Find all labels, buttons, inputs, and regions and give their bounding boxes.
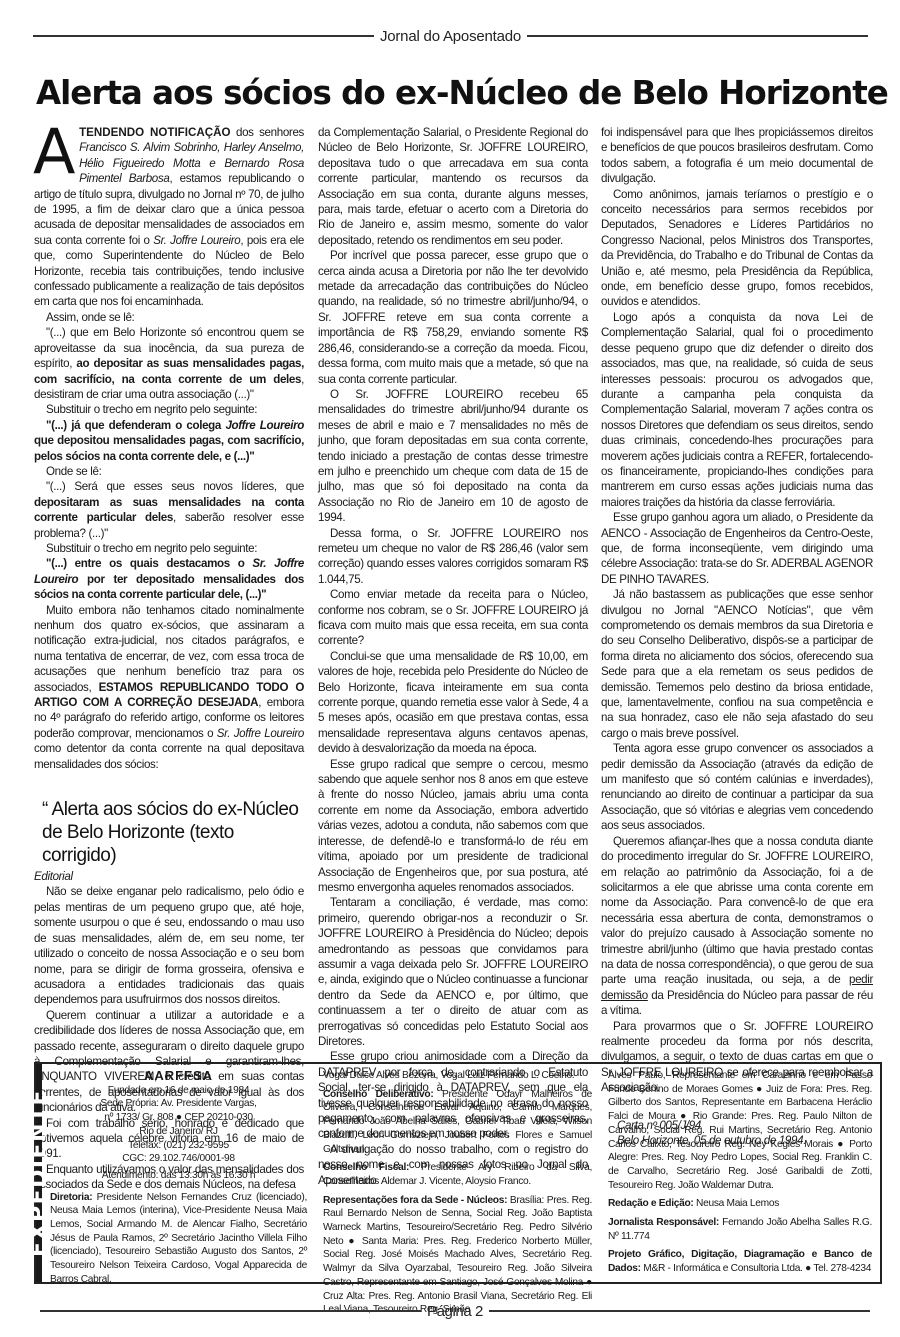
header-rule-right bbox=[527, 35, 868, 37]
founded-date: Fundada em 16 de maio de 1984 bbox=[50, 1084, 307, 1098]
paragraph: Substituir o trecho em negrito pelo segu… bbox=[34, 402, 304, 417]
header-rule-left bbox=[33, 35, 374, 37]
paragraph: Como enviar metade da receita para o Núc… bbox=[318, 587, 588, 649]
board-of-directors: Diretoria: Presidente Nelson Fernandes C… bbox=[50, 1191, 307, 1287]
paragraph: Assim, onde se lê: bbox=[34, 310, 304, 325]
page-number: Página 2 bbox=[421, 1303, 489, 1320]
replacement-quote: "(...) entre os quais destacamos o Sr. J… bbox=[34, 556, 304, 602]
footer-rule-right bbox=[489, 1310, 870, 1312]
paragraph: Já não bastassem as publicações que esse… bbox=[601, 587, 873, 741]
running-header: Jornal do Aposentado bbox=[33, 28, 868, 44]
paragraph: Queremos afiançar-lhes que a nossa condu… bbox=[601, 834, 873, 1019]
lead-paragraph: ATENDENDO NOTIFICAÇÃO dos senhores Franc… bbox=[34, 125, 304, 310]
replacement-quote: "(...) já que defenderam o colega Joffre… bbox=[34, 418, 304, 464]
quote-paragraph: "(...) Será que esses seus novos líderes… bbox=[34, 479, 304, 541]
paragraph: Tentaram a conciliação, é verdade, mas c… bbox=[318, 895, 588, 1049]
regional-representations: Representações fora da Sede - Núcleos: B… bbox=[323, 1194, 592, 1317]
paragraph: foi indispensável para que lhes propiciá… bbox=[601, 125, 873, 187]
paragraph: Muito embora não tenhamos citado nominal… bbox=[34, 603, 304, 772]
masthead-body: AARFFSA Fundada em 16 de maio de 1984 Se… bbox=[42, 1064, 880, 1282]
footer-rule-left bbox=[40, 1310, 421, 1312]
paragraph: Como anônimos, jamais teríamos o prestíg… bbox=[601, 187, 873, 310]
paragraph: Tenta agora esse grupo convencer os asso… bbox=[601, 741, 873, 833]
fiscal-council: Conselho Fiscal: Presidente Ary Ribeiro … bbox=[323, 1161, 592, 1188]
quote-paragraph: "(...) que em Belo Horizonte só encontro… bbox=[34, 325, 304, 402]
city: Rio de Janeiro/ RJ bbox=[50, 1125, 307, 1139]
paragraph: Logo após a conquista da nova Lei de Com… bbox=[601, 310, 873, 510]
board-members-cont: Vogal Dulce Alves Bezerra, Vogal Luiz Fe… bbox=[323, 1069, 592, 1083]
paragraph: Não se deixe enganar pelo radicalismo, p… bbox=[34, 884, 304, 1007]
article-column-3: foi indispensável para que lhes propiciá… bbox=[601, 125, 873, 1148]
masthead-column-2: Vogal Dulce Alves Bezerra, Vogal Luiz Fe… bbox=[315, 1064, 600, 1282]
masthead-side-banner: EXPEDIENTE bbox=[36, 1064, 42, 1282]
article-headline: Alerta aos sócios do ex-Núcleo de Belo H… bbox=[36, 74, 868, 112]
masthead-box: EXPEDIENTE AARFFSA Fundada em 16 de maio… bbox=[34, 1062, 882, 1284]
paragraph: Por incrível que possa parecer, esse gru… bbox=[318, 248, 588, 387]
deliberative-council: Conselho Deliberativo: Presidente Odayr … bbox=[323, 1088, 592, 1157]
article-column-1: ATENDENDO NOTIFICAÇÃO dos senhores Franc… bbox=[34, 125, 304, 1193]
masthead-side-label: EXPEDIENTE bbox=[27, 1089, 52, 1257]
drop-cap: A bbox=[33, 127, 75, 177]
paragraph: da Complementação Salarial, o Presidente… bbox=[318, 125, 588, 248]
article-column-2: da Complementação Salarial, o Presidente… bbox=[318, 125, 588, 1188]
cgc-number: CGC: 29.102.746/0001-98 bbox=[50, 1152, 307, 1166]
address-line-1: Sede Própria: Av. Presidente Vargas, bbox=[50, 1097, 307, 1111]
paragraph: Esse grupo ganhou agora um aliado, o Pre… bbox=[601, 510, 873, 587]
publication-name: Jornal do Aposentado bbox=[374, 28, 527, 45]
paragraph: Onde se lê: bbox=[34, 464, 304, 479]
paragraph: O Sr. JOFFRE LOUREIRO recebeu 65 mensali… bbox=[318, 387, 588, 526]
editing-credit: Redação e Edição: Neusa Maia Lemos bbox=[608, 1197, 872, 1211]
editorial-label: Editorial bbox=[34, 869, 304, 884]
section-subheading: “ Alerta aos sócios do ex-Núcleo de Belo… bbox=[42, 798, 304, 867]
graphic-design-credit: Projeto Gráfico, Digitação, Diagramação … bbox=[608, 1248, 872, 1275]
organization-name: AARFFSA bbox=[50, 1069, 307, 1083]
paragraph: Conclui-se que uma mensalidade de R$ 10,… bbox=[318, 649, 588, 757]
paragraph: Substituir o trecho em negrito pelo segu… bbox=[34, 541, 304, 556]
paragraph: Esse grupo radical que sempre o cercou, … bbox=[318, 757, 588, 896]
masthead-column-3: Alves Paulo, Representante em Carazinho … bbox=[600, 1064, 880, 1282]
office-hours: Atendimento: das 13:30h às 16:30 h bbox=[50, 1169, 307, 1183]
page-footer: Página 2 bbox=[40, 1302, 870, 1320]
address-line-2: nº 1733/ Gr. 808 ● CEP 20210-030 bbox=[50, 1111, 307, 1125]
telefax: Telefax: (021) 232-9595 bbox=[50, 1139, 307, 1153]
regional-representations-cont: Alves Paulo, Representante em Carazinho … bbox=[608, 1069, 872, 1192]
journalist-credit: Jornalista Responsável: Fernando João Ab… bbox=[608, 1216, 872, 1243]
paragraph: Dessa forma, o Sr. JOFFRE LOUREIRO nos r… bbox=[318, 526, 588, 588]
masthead-column-1: AARFFSA Fundada em 16 de maio de 1984 Se… bbox=[42, 1064, 315, 1282]
